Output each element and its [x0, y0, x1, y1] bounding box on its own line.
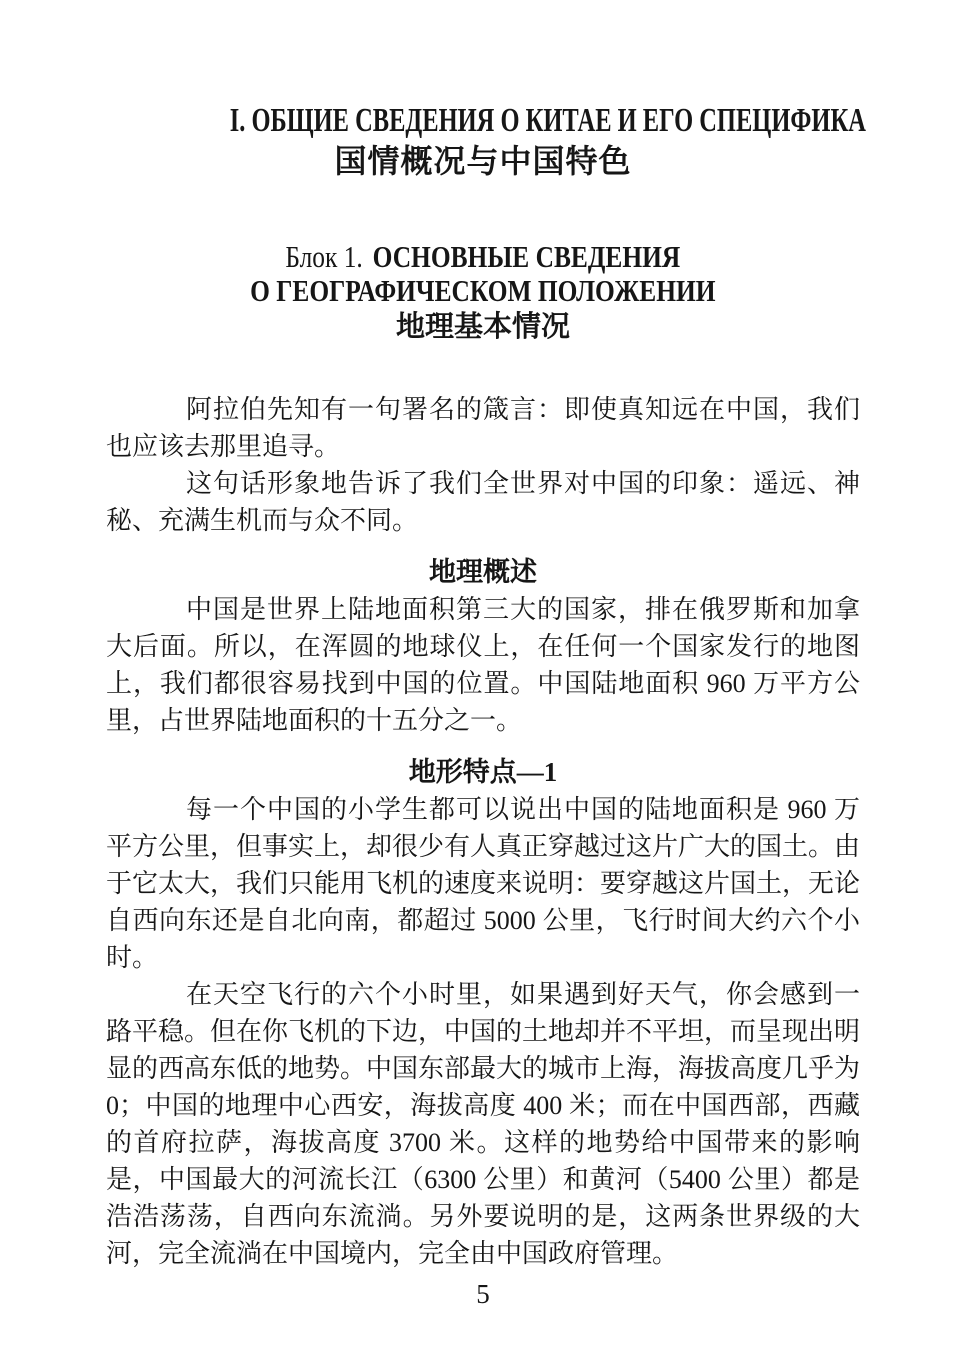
body-text: 阿拉伯先知有一句署名的箴言：即使真知远在中国，我们也应该去那里追寻。 这句话形象…: [106, 391, 860, 1272]
intro-paragraph: 这句话形象地告诉了我们全世界对中国的印象：遥远、神秘、充满生机而与众不同。: [106, 465, 860, 539]
document-page: I. ОБЩИЕ СВЕДЕНИЯ О КИТАЕ И ЕГО СПЕЦИФИК…: [0, 0, 960, 1361]
block-title-line-1: Блок 1.ОСНОВНЫЕ СВЕДЕНИЯ: [106, 240, 860, 274]
chapter-title-russian-text: I. ОБЩИЕ СВЕДЕНИЯ О КИТАЕ И ЕГО СПЕЦИФИК…: [230, 102, 866, 140]
section-paragraph: 每一个中国的小学生都可以说出中国的陆地面积是 960 万平方公里，但事实上，却很…: [106, 791, 860, 976]
chapter-title-russian: I. ОБЩИЕ СВЕДЕНИЯ О КИТАЕ И ЕГО СПЕЦИФИК…: [106, 102, 860, 140]
section-heading-terrain-features-1: 地形特点—1: [106, 754, 860, 791]
block-title-line-2: О ГЕОГРАФИЧЕСКОМ ПОЛОЖЕНИИ: [106, 274, 860, 308]
section-heading-geography-overview: 地理概述: [106, 554, 860, 591]
page-number: 5: [106, 1276, 860, 1313]
section-paragraph: 中国是世界上陆地面积第三大的国家，排在俄罗斯和加拿大后面。所以，在浑圆的地球仪上…: [106, 591, 860, 739]
block-title-chinese: 地理基本情况: [106, 309, 860, 345]
block-title-russian-part2: О ГЕОГРАФИЧЕСКОМ ПОЛОЖЕНИИ: [250, 274, 716, 308]
block-title-russian-part1: ОСНОВНЫЕ СВЕДЕНИЯ: [373, 239, 681, 274]
chapter-title-chinese: 国情概况与中国特色: [106, 140, 860, 182]
section-paragraph: 在天空飞行的六个小时里，如果遇到好天气，你会感到一路平稳。但在你飞机的下边，中国…: [106, 976, 860, 1272]
block-label: Блок 1.: [286, 239, 363, 274]
intro-paragraph: 阿拉伯先知有一句署名的箴言：即使真知远在中国，我们也应该去那里追寻。: [106, 391, 860, 465]
block-heading: Блок 1.ОСНОВНЫЕ СВЕДЕНИЯ О ГЕОГРАФИЧЕСКО…: [106, 240, 860, 345]
